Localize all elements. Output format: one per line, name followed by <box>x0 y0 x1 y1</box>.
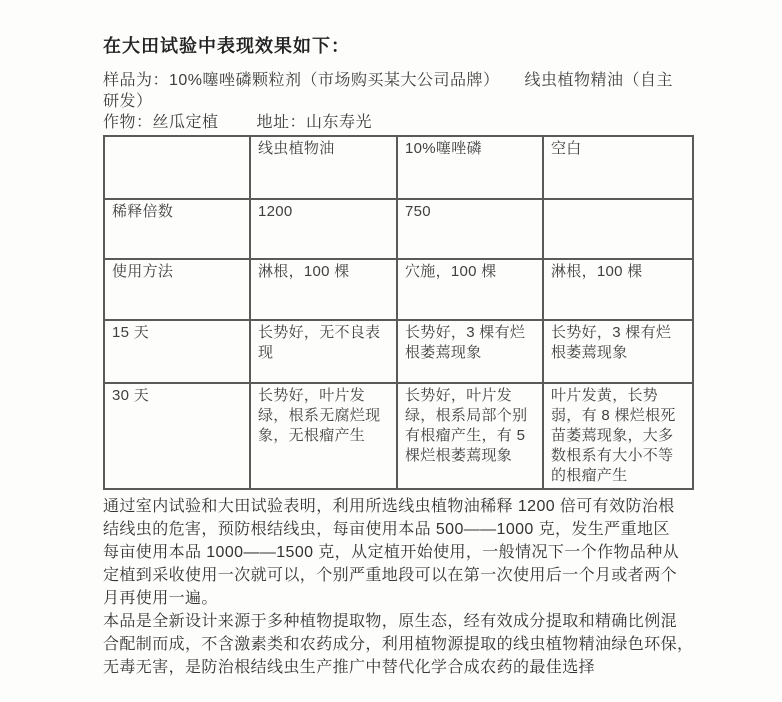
table-cell-dilution-oil: 1200 <box>250 199 397 259</box>
table-cell-15d-fosthiazate: 长势好，3 棵有烂根萎蔫现象 <box>397 320 543 383</box>
table-cell-30d-fosthiazate: 长势好，叶片发绿，根系局部个别有根瘤产生，有 5 棵烂根萎蔫现象 <box>397 383 543 489</box>
table-cell-30d-blank: 叶片发黄，长势弱，有 8 棵烂根死苗萎蔫现象，大多数根系有大小不等的根瘤产生 <box>543 383 693 489</box>
row-label-30-days: 30 天 <box>104 383 250 489</box>
table-row-30-days: 30 天 长势好，叶片发绿，根系无腐烂现象，无根瘤产生 长势好，叶片发绿，根系局… <box>104 383 693 489</box>
table-header-plant-oil: 线虫植物油 <box>250 136 397 199</box>
paragraph-trial-summary: 通过室内试验和大田试验表明，利用所选线虫植物油稀释 1200 倍可有效防治根 结… <box>103 495 709 610</box>
paragraph-product-description: 本品是全新设计来源于多种植物提取物，原生态，经有效成分提取和精确比例混 合配制而… <box>103 610 709 679</box>
table-header-row: 线虫植物油 10%噻唑磷 空白 <box>104 136 693 199</box>
sample-line-1: 样品为：10%噻唑磷颗粒剂（市场购买某大公司品牌） 线虫植物精油（自主 <box>103 70 709 91</box>
table-cell-method-oil: 淋根，100 棵 <box>250 259 397 320</box>
row-label-method: 使用方法 <box>104 259 250 320</box>
document-page: 在大田试验中表现效果如下： 样品为：10%噻唑磷颗粒剂（市场购买某大公司品牌） … <box>0 0 782 702</box>
paragraph-line: 合配制而成，不含激素类和农药成分，利用植物源提取的线虫植物精油绿色环保， <box>103 633 709 656</box>
paragraph-line: 结线虫的危害，预防根结线虫，每亩使用本品 500——1000 克，发生严重地区 <box>103 518 709 541</box>
document-content: 在大田试验中表现效果如下： 样品为：10%噻唑磷颗粒剂（市场购买某大公司品牌） … <box>103 33 709 679</box>
table-row-15-days: 15 天 长势好，无不良表现 长势好，3 棵有烂根萎蔫现象 长势好，3 棵有烂根… <box>104 320 693 383</box>
paragraph-line: 每亩使用本品 1000——1500 克，从定植开始使用，一般情况下一个作物品种从 <box>103 541 709 564</box>
paragraph-line: 通过室内试验和大田试验表明，利用所选线虫植物油稀释 1200 倍可有效防治根 <box>103 495 709 518</box>
table-cell-15d-oil: 长势好，无不良表现 <box>250 320 397 383</box>
trial-results-table: 线虫植物油 10%噻唑磷 空白 稀释倍数 1200 750 使用方法 淋根，10… <box>103 135 694 490</box>
table-cell-method-blank: 淋根，100 棵 <box>543 259 693 320</box>
table-cell-dilution-fosthiazate: 750 <box>397 199 543 259</box>
row-label-15-days: 15 天 <box>104 320 250 383</box>
crop-address-line: 作物：丝瓜定植 地址：山东寿光 <box>103 112 709 133</box>
sample-line-2: 研发） <box>103 91 709 112</box>
paragraph-line: 月再使用一遍。 <box>103 587 709 610</box>
table-cell-15d-blank: 长势好，3 棵有烂根萎蔫现象 <box>543 320 693 383</box>
table-cell-dilution-blank <box>543 199 693 259</box>
body-paragraphs: 通过室内试验和大田试验表明，利用所选线虫植物油稀释 1200 倍可有效防治根 结… <box>103 495 709 679</box>
table-header-empty <box>104 136 250 199</box>
table-row-method: 使用方法 淋根，100 棵 穴施，100 棵 淋根，100 棵 <box>104 259 693 320</box>
table-header-fosthiazate: 10%噻唑磷 <box>397 136 543 199</box>
sample-info-block: 样品为：10%噻唑磷颗粒剂（市场购买某大公司品牌） 线虫植物精油（自主 研发） … <box>103 70 709 133</box>
table-row-dilution: 稀释倍数 1200 750 <box>104 199 693 259</box>
page-title: 在大田试验中表现效果如下： <box>103 33 709 59</box>
row-label-dilution: 稀释倍数 <box>104 199 250 259</box>
paragraph-line: 定植到采收使用一次就可以，个别严重地段可以在第一次使用后一个月或者两个 <box>103 564 709 587</box>
paragraph-line: 本品是全新设计来源于多种植物提取物，原生态，经有效成分提取和精确比例混 <box>103 610 709 633</box>
table-cell-30d-oil: 长势好，叶片发绿，根系无腐烂现象，无根瘤产生 <box>250 383 397 489</box>
table-cell-method-fosthiazate: 穴施，100 棵 <box>397 259 543 320</box>
table-header-blank-control: 空白 <box>543 136 693 199</box>
paragraph-line: 无毒无害，是防治根结线虫生产推广中替代化学合成农药的最佳选择 <box>103 656 709 679</box>
